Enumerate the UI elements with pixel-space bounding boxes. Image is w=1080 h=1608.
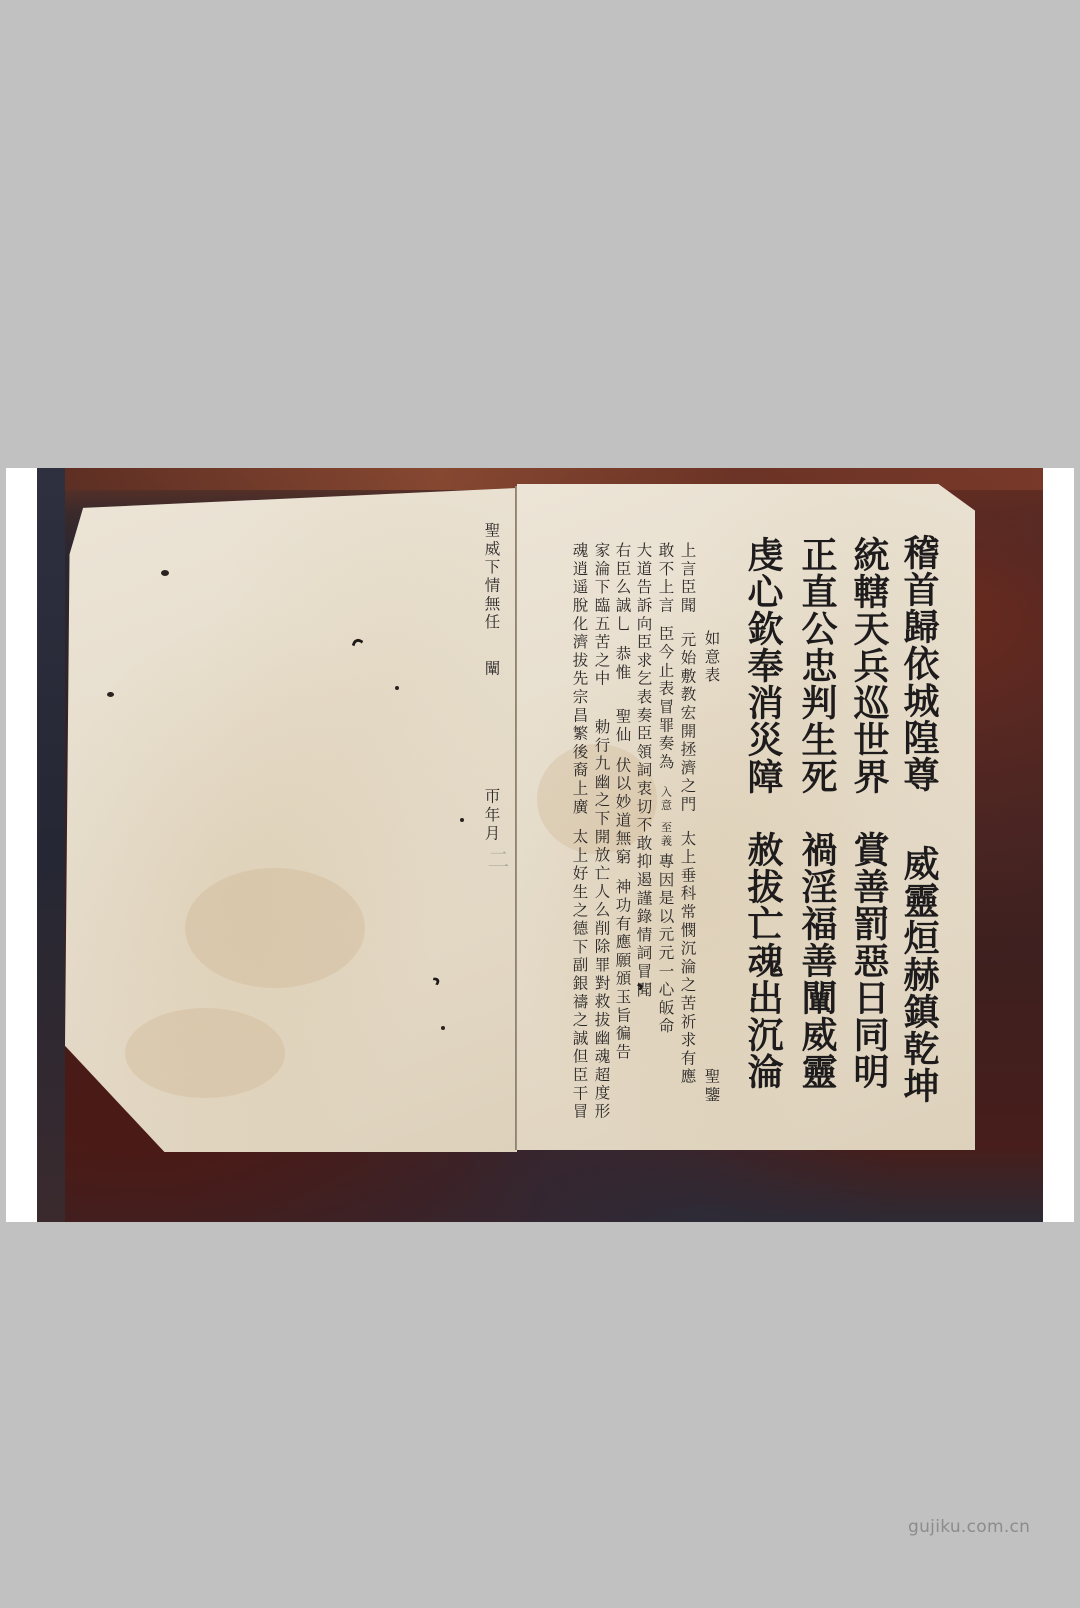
verse-column-2: 統轄天兵巡世界賞善罰惡日同明 — [851, 536, 887, 1090]
faded-stamp-mark: 二 — [485, 848, 507, 873]
prose-column-3: 大道告訴向臣求乞表奏臣領詞衷切不敢抑遏謹錄情詞冒聞 — [635, 542, 651, 1000]
paper-speck — [441, 1026, 445, 1030]
right-page: 稽首歸依城隍尊威靈烜赫鎮乾坤 統轄天兵巡世界賞善罰惡日同明 正直公忠判生死禍淫福… — [517, 484, 975, 1150]
photo-frame: 聖威下情無任闡 帀年月 二 稽首歸依城隍尊威靈烜赫鎮乾坤 統轄天兵巡世界賞善罰惡… — [6, 468, 1074, 1222]
prose-column-end-mark: 聖鑒 — [703, 1068, 719, 1105]
worm-hole-mark — [347, 636, 379, 680]
verse-column-1: 稽首歸依城隍尊威靈烜赫鎮乾坤 — [901, 534, 937, 1104]
wooden-box: 聖威下情無任闡 帀年月 二 稽首歸依城隍尊威靈烜赫鎮乾坤 統轄天兵巡世界賞善罰惡… — [37, 468, 1043, 1222]
prose-column-6: 魂逍遥脫化濟拔先宗昌繁後裔上廣太上好生之德下副銀禱之誠但臣干冒 — [571, 542, 587, 1121]
prose-column-5: 家淪下臨五苦之中勅行九幽之下開放亡人么削除罪對救拔幽魂超度形 — [593, 542, 609, 1121]
paper-stain — [185, 868, 365, 988]
verse-column-3: 正直公忠判生死禍淫福善闡威靈 — [799, 536, 835, 1090]
verse-column-4: 虔心欽奉消災障赦拔亡魂出沉淪 — [745, 536, 781, 1090]
prose-column-1: 上言臣聞元始敷教宏開拯濟之門太上垂科常憫沉淪之苦祈求有應 — [679, 542, 695, 1086]
left-column-date: 帀年月 — [483, 788, 499, 843]
site-watermark: gujiku.com.cn — [908, 1517, 1030, 1537]
paper-speck — [460, 818, 464, 822]
paper-speck — [107, 692, 114, 697]
document-title: 如意表 — [703, 630, 719, 685]
left-column-line-1: 聖威下情無任闡 — [483, 522, 499, 678]
left-page: 聖威下情無任闡 帀年月 二 — [65, 488, 517, 1152]
paper-speck — [395, 686, 399, 690]
paper-speck — [161, 570, 169, 576]
prose-column-2: 敢不上言臣今止表冒罪奏為入意至義專因是以元元一心皈命 — [657, 542, 673, 1036]
box-rim-left — [37, 468, 65, 1222]
worm-hole-mark — [395, 973, 443, 1010]
paper-stain — [125, 1008, 285, 1098]
